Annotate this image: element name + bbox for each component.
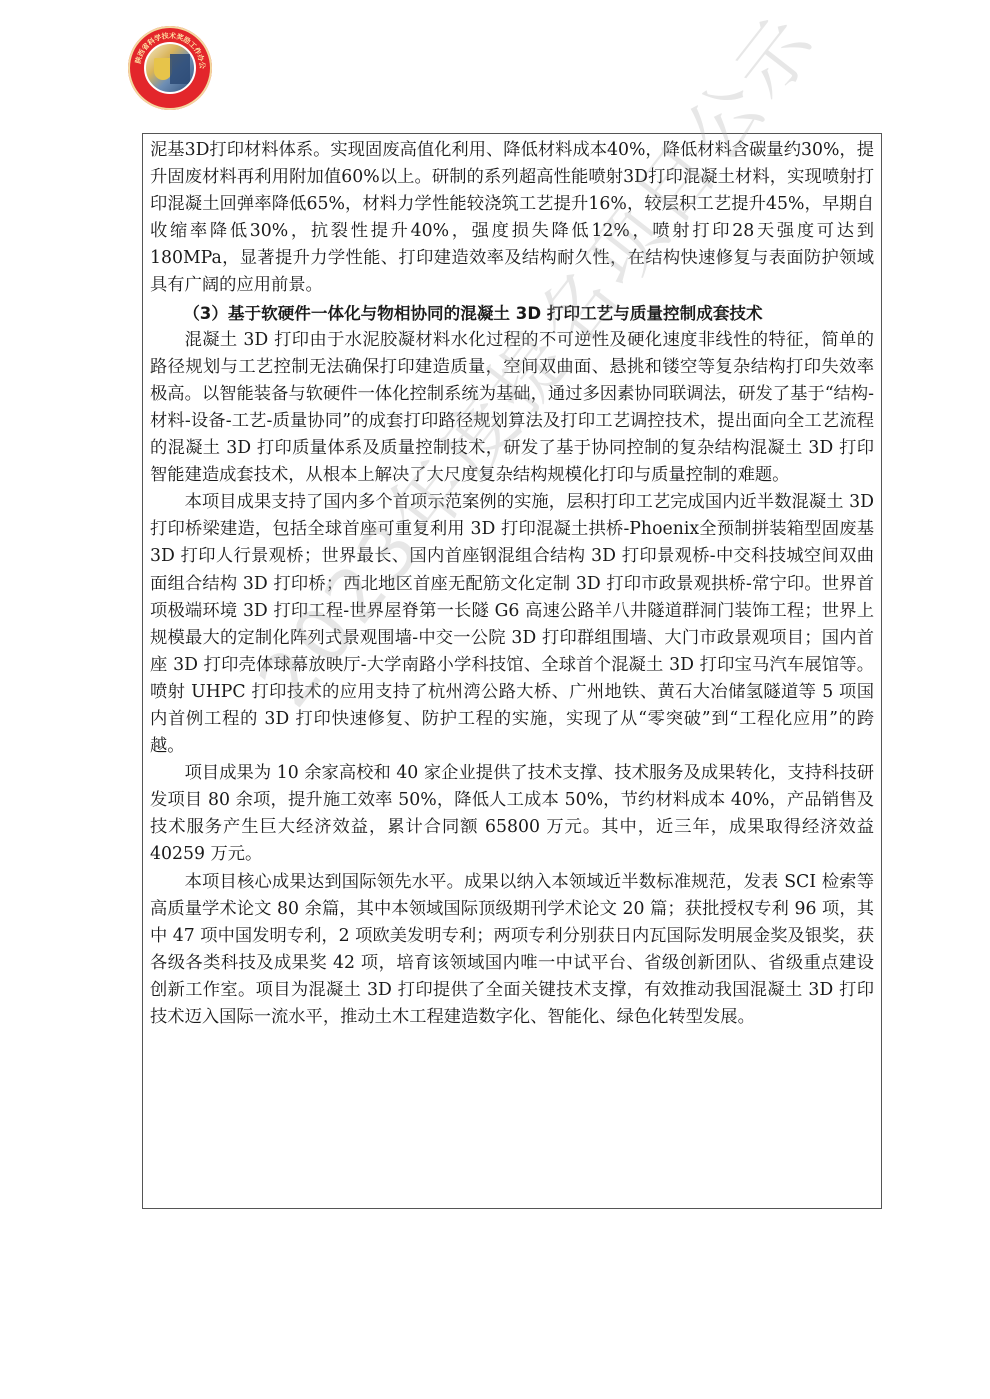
paragraph-continuation: 泥基3D打印材料体系。实现固废高值化利用、降低材料成本40%，降低材料含碳量约3… — [150, 137, 874, 300]
document-body: 泥基3D打印材料体系。实现固废高值化利用、降低材料成本40%，降低材料含碳量约3… — [150, 137, 874, 1031]
svg-text:陕西省科学技术奖励工作办公室: 陕西省科学技术奖励工作办公室 — [128, 26, 207, 70]
paragraph-achievements: 本项目核心成果达到国际领先水平。成果以纳入本领域近半数标准规范，发表 SCI 检… — [150, 869, 874, 1032]
paragraph-economic-benefits: 项目成果为 10 余家高校和 40 家企业提供了技术支撑、技术服务及成果转化，支… — [150, 760, 874, 868]
paragraph-applications: 本项目成果支持了国内多个首项示范案例的实施，层积打印工艺完成国内近半数混凝土 3… — [150, 489, 874, 760]
paragraph-process-control: 混凝土 3D 打印由于水泥胶凝材料水化过程的不可逆性及硬化速度非线性的特征，简单… — [150, 327, 874, 490]
section-heading: （3）基于软硬件一体化与物相协同的混凝土 3D 打印工艺与质量控制成套技术 — [150, 300, 874, 327]
seal-ring-text: 陕西省科学技术奖励工作办公室 — [128, 26, 212, 110]
organization-seal-logo: 陕西省科学技术奖励工作办公室 — [128, 26, 212, 110]
